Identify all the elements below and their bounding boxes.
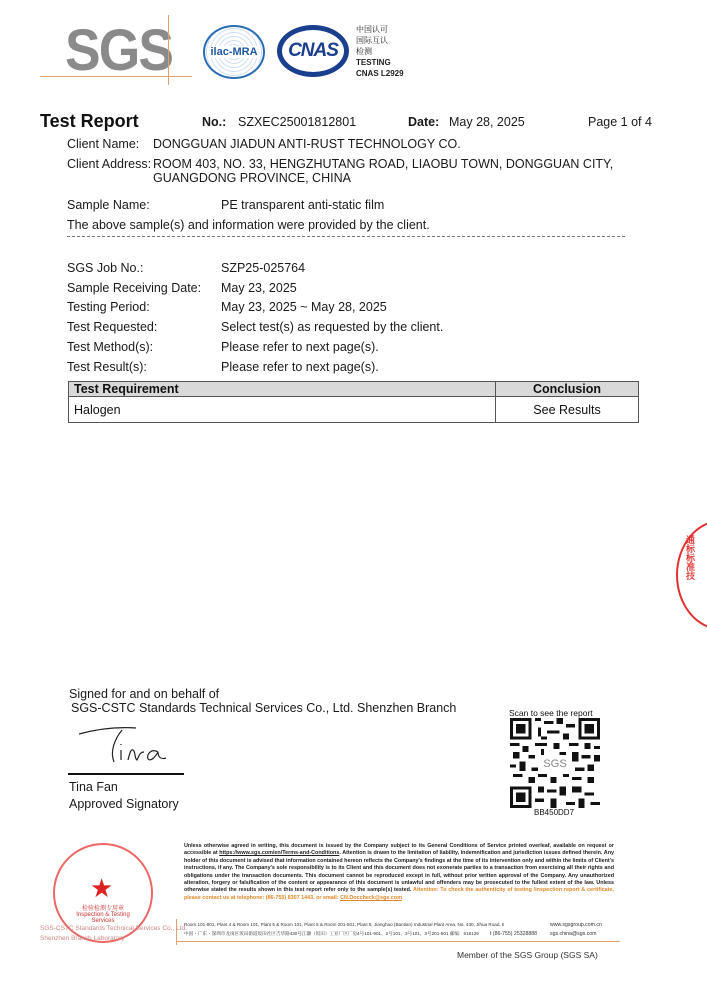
dashed-divider — [67, 236, 625, 237]
footer-company-line-1: SGS-CSTC Standards Technical Services Co… — [40, 924, 187, 934]
test-methods-label: Test Method(s): — [67, 340, 153, 354]
cell-conclusion: See Results — [496, 397, 639, 423]
sample-name-label: Sample Name: — [67, 198, 150, 212]
cnas-accreditation-text: 中国认可 国际互认 检测 TESTING CNAS L2929 — [356, 24, 404, 79]
table-row: Halogen See Results — [69, 397, 639, 423]
member-of-sgs: Member of the SGS Group (SGS SA) — [457, 950, 598, 960]
cell-requirement: Halogen — [69, 397, 496, 423]
footer-phone-number: t (86-755) 25328888 — [490, 930, 550, 939]
client-name-label: Client Name: — [67, 137, 139, 151]
table-header-row: Test Requirement Conclusion — [69, 382, 639, 397]
footer-rule — [176, 941, 620, 942]
cnas-testing: TESTING — [356, 57, 404, 68]
footer-web[interactable]: www.sgsgroup.com.cn — [550, 922, 602, 928]
page-indicator: Page 1 of 4 — [588, 115, 652, 129]
signing-company: SGS-CSTC Standards Technical Services Co… — [71, 701, 456, 715]
report-no-label: No.: — [202, 115, 226, 129]
sample-note: The above sample(s) and information were… — [67, 218, 430, 232]
qr-code[interactable]: SGS — [510, 718, 600, 808]
legal-disclaimer: Unless otherwise agreed in writing, this… — [184, 843, 614, 902]
testing-period-value: May 23, 2025 ~ May 28, 2025 — [221, 300, 387, 314]
sgs-logo: SGS — [65, 22, 172, 80]
receiving-date-value: May 23, 2025 — [221, 281, 297, 295]
client-address-line-1: ROOM 403, NO. 33, HENGZHUTANG ROAD, LIAO… — [153, 157, 613, 171]
client-address-label: Client Address: — [67, 157, 151, 171]
client-address-line-2: GUANGDONG PROVINCE, CHINA — [153, 171, 351, 185]
footer-address: Room 101-801, Plant 4 & Room 101, Plant … — [184, 921, 504, 938]
test-requested-label: Test Requested: — [67, 320, 157, 334]
signatory-role: Approved Signatory — [69, 797, 179, 811]
svg-text:SGS: SGS — [543, 758, 567, 770]
star-icon: ★ — [90, 873, 113, 904]
address-cn: 中国・广东・深圳市龙岗区坂田街道坂田社区吉华路430号江灏（坂田）工业厂区厂房4… — [184, 930, 504, 939]
header-conclusion: Conclusion — [496, 382, 639, 397]
sample-name-value: PE transparent anti-static film — [221, 198, 384, 212]
company-seal-text: 通标标准技 — [684, 535, 697, 580]
ilac-mra-text: ilac-MRA — [209, 46, 258, 58]
test-methods-value: Please refer to next page(s). — [221, 340, 379, 354]
test-requested-value: Select test(s) as requested by the clien… — [221, 320, 443, 334]
job-no-label: SGS Job No.: — [67, 261, 143, 275]
header-test-requirement: Test Requirement — [69, 382, 496, 397]
report-no-value: SZXEC25001812801 — [238, 115, 356, 129]
footer-company-name: SGS-CSTC Standards Technical Services Co… — [40, 924, 187, 944]
seal-cn: 检验检测专用章 — [72, 903, 134, 912]
report-date-value: May 28, 2025 — [449, 115, 525, 129]
inspection-seal-text: 检验检测专用章 Inspection & Testing Services — [72, 903, 134, 924]
testing-period-label: Testing Period: — [67, 300, 150, 314]
seal-en: Inspection & Testing Services — [72, 912, 134, 924]
report-date-label: Date: — [408, 115, 439, 129]
doccheck-email-link[interactable]: CN.Doccheck@sgs.com — [340, 895, 402, 901]
terms-link[interactable]: https://www.sgs.com/en/Terms-and-Conditi… — [219, 850, 339, 856]
test-results-value: Please refer to next page(s). — [221, 360, 379, 374]
qr-label: Scan to see the report — [509, 708, 593, 718]
footer-company-line-2: Shenzhen Branch Laboratory — [40, 934, 187, 944]
cnas-cn-line-2: 国际互认 — [356, 35, 404, 46]
job-no-value: SZP25-025764 — [221, 261, 305, 275]
signatory-name: Tina Fan — [69, 780, 118, 794]
cnas-logo: CNAS — [277, 25, 349, 77]
address-en: Room 101-801, Plant 4 & Room 101, Plant … — [184, 921, 504, 930]
ilac-mra-logo: ilac-MRA — [203, 25, 265, 79]
logo-divider-vertical — [168, 15, 169, 85]
cnas-number: CNAS L2929 — [356, 68, 404, 79]
footer-contacts: www.sgsgroup.com.cn t (86-755) 25328888s… — [490, 921, 602, 938]
client-name-value: DONGGUAN JIADUN ANTI-RUST TECHNOLOGY CO. — [153, 137, 461, 151]
test-results-label: Test Result(s): — [67, 360, 147, 374]
signed-on-behalf: Signed for and on behalf of — [69, 687, 219, 701]
cnas-cn-line-1: 中国认可 — [356, 24, 404, 35]
cnas-cn-line-3: 检测 — [356, 46, 404, 57]
test-requirement-table: Test Requirement Conclusion Halogen See … — [68, 381, 639, 423]
qr-id: BB450DD7 — [534, 808, 574, 817]
receiving-date-label: Sample Receiving Date: — [67, 281, 201, 295]
footer-email[interactable]: sgs.china@sgs.com — [550, 931, 597, 937]
signature-line — [68, 773, 184, 775]
logo-divider-horizontal — [40, 76, 192, 77]
report-title: Test Report — [40, 111, 139, 132]
handwritten-signature — [76, 722, 176, 767]
